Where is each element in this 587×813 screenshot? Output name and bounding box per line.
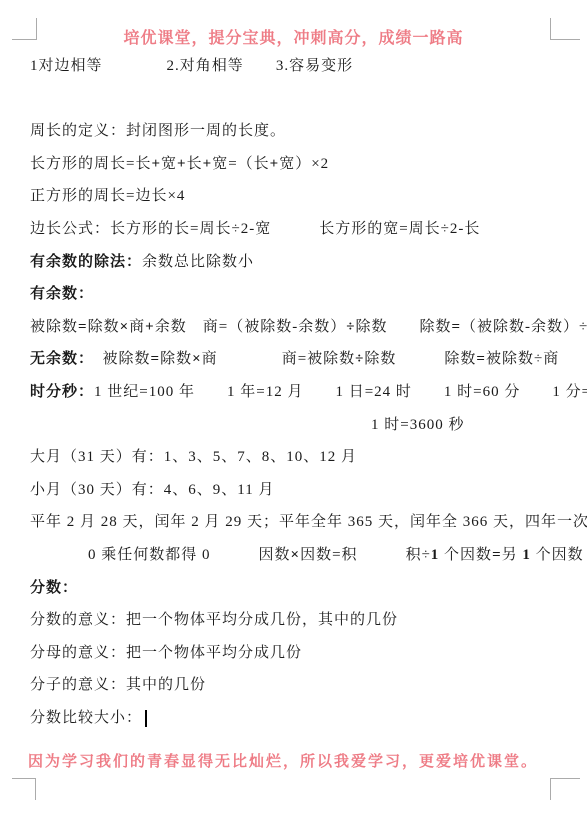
text-segment: 宽 xyxy=(161,156,177,172)
text-segment: = xyxy=(78,319,88,335)
line-fraction-meaning: 分数的意义：把一个物体平均分成几份，其中的几份 xyxy=(30,604,560,637)
text-segment: 长方形的宽=周长÷2-长 xyxy=(319,221,480,237)
line-no-remainder-formulas: 无余数： 被除数=除数×商 商=被除数÷除数 除数=被除数÷商 xyxy=(30,343,560,376)
text-segment xyxy=(271,221,319,237)
line-with-remainder-heading: 有余数： xyxy=(30,278,560,311)
text-segment: 1 xyxy=(522,547,531,563)
text-segment: = xyxy=(451,319,461,335)
text-segment: 长 xyxy=(187,156,203,172)
text-segment: 宽）×2 xyxy=(279,156,329,172)
line-time-units: 时分秒：1 世纪=100 年 1 年=12 月 1 日=24 时 1 时=60 … xyxy=(30,376,560,409)
line-rectangle-perimeter: 长方形的周长=长+宽+长+宽=（长+宽）×2 xyxy=(30,148,560,181)
text-segment: + xyxy=(177,156,187,172)
line-shape-properties: 1对边相等 2.对角相等 3.容易变形 xyxy=(30,50,560,83)
text-segment: 无余数： xyxy=(30,351,87,367)
text-segment: × xyxy=(120,319,130,335)
text-segment: 平年 2 月 28 天，闰年 2 月 29 天；平年全年 365 天，闰年全 3… xyxy=(30,514,587,530)
text-segment: 被除数 xyxy=(30,319,78,335)
text-segment: 除数 除数 xyxy=(364,351,476,367)
text-segment: × xyxy=(192,351,202,367)
header-motto: 培优课堂，提分宝典，冲刺高分，成绩一路高 xyxy=(30,25,557,48)
line-with-remainder-formulas: 被除数=除数×商+余数 商=（被除数-余数）÷除数 除数=（被除数-余数）÷商 xyxy=(30,311,560,344)
line-factor-rules: 0 乘任何数都得 0 因数×因数=积 积÷1 个因数=另 1 个因数 xyxy=(30,539,560,572)
text-cursor[interactable] xyxy=(145,710,147,727)
text-segment: 个因数 xyxy=(531,547,584,563)
text-segment: = xyxy=(476,351,486,367)
text-segment: + xyxy=(151,156,161,172)
text-segment: 周长的定义：封闭图形一周的长度。 xyxy=(30,123,286,139)
text-segment: 边长公式：长方形的长=周长÷2-宽 xyxy=(30,221,271,237)
text-segment: 因数 xyxy=(211,547,291,563)
line-side-formula: 边长公式：长方形的长=周长÷2-宽 长方形的宽=周长÷2-长 xyxy=(30,213,560,246)
text-segment: 除数 xyxy=(88,319,120,335)
text-segment: 除数 xyxy=(160,351,192,367)
text-segment: 1对边相等 xyxy=(30,58,103,74)
line-blank xyxy=(30,83,560,116)
line-fraction-compare: 分数比较大小： xyxy=(30,702,560,735)
text-segment: 3.容易变形 xyxy=(276,58,353,74)
line-fraction-heading: 分数： xyxy=(30,572,560,605)
line-division-remainder-rule: 有余数的除法：余数总比除数小 xyxy=(30,246,560,279)
text-segment: 分数比较大小： xyxy=(30,710,142,726)
text-segment: = xyxy=(492,547,502,563)
text-segment: 被除数÷商 xyxy=(486,351,559,367)
text-segment: 2.对角相等 xyxy=(167,58,244,74)
text-segment: + xyxy=(203,156,213,172)
text-segment: 商 xyxy=(202,351,218,367)
text-segment: 除数 除数 xyxy=(355,319,451,335)
text-segment: ÷ xyxy=(355,351,364,367)
line-denominator-meaning: 分母的意义：把一个物体平均分成几份 xyxy=(30,637,560,670)
text-segment: 分母的意义：把一个物体平均分成几份 xyxy=(30,645,302,661)
text-segment: 被除数 xyxy=(87,351,151,367)
text-segment: × xyxy=(291,547,301,563)
line-numerator-meaning: 分子的意义：其中的几份 xyxy=(30,669,560,702)
margin-crop-mark-bottom-right xyxy=(550,778,580,800)
text-segment: 另 xyxy=(502,547,523,563)
text-segment: 1 时=3600 秒 xyxy=(371,417,464,433)
text-segment: 余数 商=（被除数-余数） xyxy=(155,319,346,335)
document-page: 培优课堂，提分宝典，冲刺高分，成绩一路高 1对边相等 2.对角相等 3.容易变形… xyxy=(0,0,587,813)
document-body[interactable]: 1对边相等 2.对角相等 3.容易变形周长的定义：封闭图形一周的长度。长方形的周… xyxy=(30,50,560,734)
text-segment: （被除数-余数）÷商 xyxy=(461,319,587,335)
text-segment xyxy=(244,58,276,74)
line-hour-seconds: 1 时=3600 秒 xyxy=(30,409,560,442)
text-segment: = xyxy=(151,351,161,367)
text-segment: 正方形的周长=边长×4 xyxy=(30,188,185,204)
text-segment: 商=被除数 xyxy=(218,351,355,367)
text-segment: 1 日=24 时 xyxy=(303,384,411,400)
text-segment: 个因数 xyxy=(439,547,492,563)
text-segment: 积÷ xyxy=(358,547,431,563)
text-segment: 余数总比除数小 xyxy=(142,254,254,270)
text-segment: 分子的意义：其中的几份 xyxy=(30,677,206,693)
text-segment xyxy=(103,58,167,74)
text-segment: 大月（31 天）有：1、3、5、7、8、10、12 月 xyxy=(30,449,357,465)
text-segment: 宽=（长 xyxy=(212,156,269,172)
text-segment: 有余数的除法： xyxy=(30,254,142,270)
text-segment: 1 世纪=100 年 xyxy=(94,384,195,400)
line-perimeter-definition: 周长的定义：封闭图形一周的长度。 xyxy=(30,115,560,148)
text-segment: + xyxy=(270,156,280,172)
text-segment: 1 年=12 月 xyxy=(195,384,303,400)
line-square-perimeter: 正方形的周长=边长×4 xyxy=(30,180,560,213)
footer-motto: 因为学习我们的青春显得无比灿烂，所以我爱学习，更爱培优课堂。 xyxy=(28,750,559,771)
text-segment: 分数： xyxy=(30,580,78,596)
text-segment: 0 乘任何数都得 0 xyxy=(88,547,211,563)
text-segment: 分数的意义：把一个物体平均分成几份，其中的几份 xyxy=(30,612,398,628)
text-segment: 商 xyxy=(129,319,145,335)
text-segment: 长方形的周长=长 xyxy=(30,156,151,172)
text-segment: 有余数： xyxy=(30,286,94,302)
text-segment: 因数=积 xyxy=(300,547,357,563)
margin-crop-mark-bottom-left xyxy=(12,778,36,800)
text-segment: 小月（30 天）有：4、6、9、11 月 xyxy=(30,482,274,498)
text-segment: + xyxy=(145,319,155,335)
text-segment: 1 分=60 秒 xyxy=(520,384,587,400)
text-segment: 1 时=60 分 xyxy=(412,384,520,400)
text-segment: 时分秒： xyxy=(30,384,94,400)
line-leap-year: 平年 2 月 28 天，闰年 2 月 29 天；平年全年 365 天，闰年全 3… xyxy=(30,506,560,539)
line-long-months: 大月（31 天）有：1、3、5、7、8、10、12 月 xyxy=(30,441,560,474)
line-short-months: 小月（30 天）有：4、6、9、11 月 xyxy=(30,474,560,507)
